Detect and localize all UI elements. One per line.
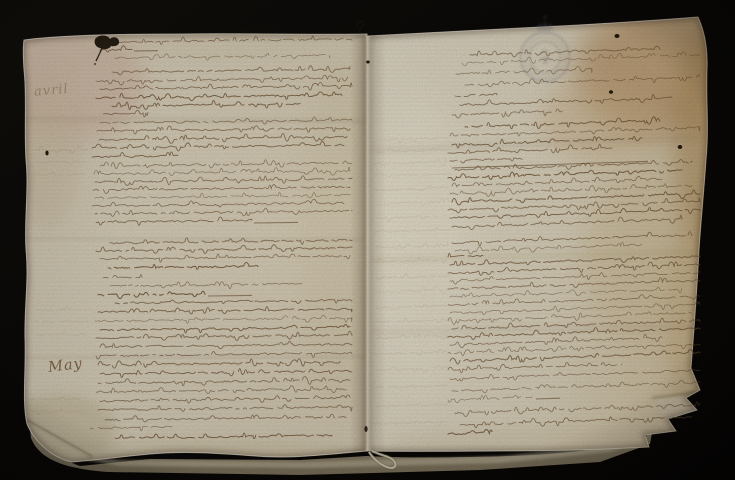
manuscript-photo: avril May: [0, 0, 735, 480]
photo-vignette: [0, 0, 735, 480]
photo-stage: avril May: [0, 0, 735, 480]
